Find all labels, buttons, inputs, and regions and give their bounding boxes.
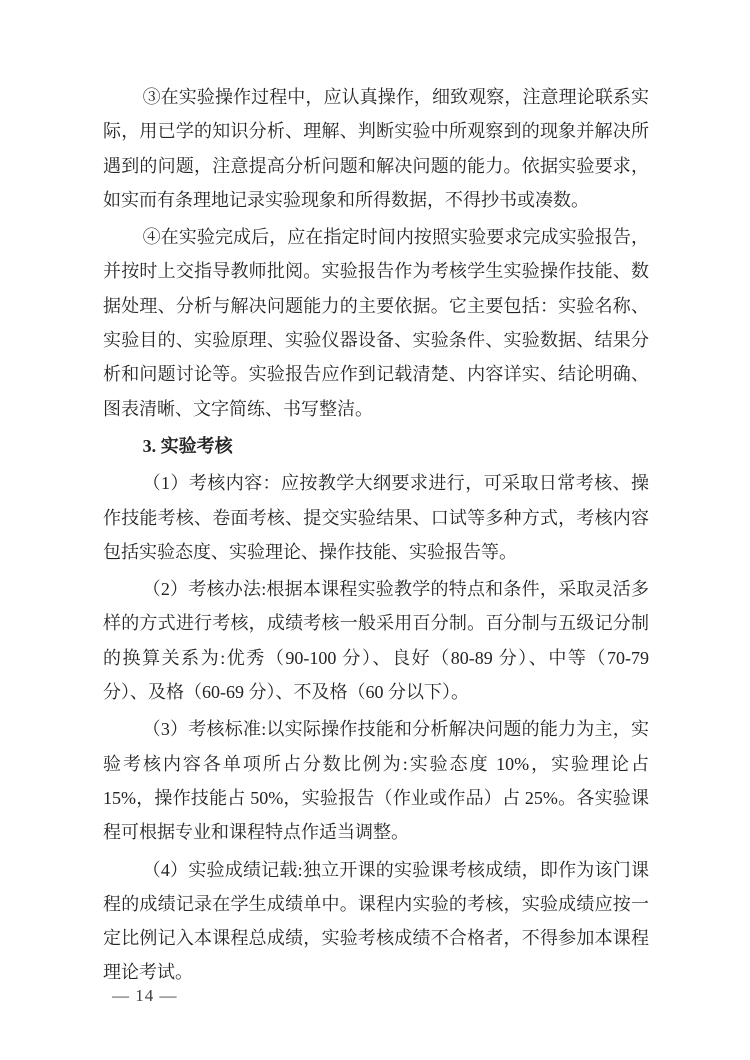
page-number: — 14 — bbox=[112, 986, 178, 1006]
document-body: ③在实验操作过程中，应认真操作，细致观察，注意理论联系实际，用已学的知识分析、理… bbox=[103, 80, 649, 993]
paragraph-grade-recording: （4）实验成绩记载:独立开课的实验课考核成绩，即作为该门课程的成绩记录在学生成绩… bbox=[103, 853, 649, 990]
paragraph-item-4: ④在实验完成后，应在指定时间内按照实验要求完成实验报告，并按时上交指导教师批阅。… bbox=[103, 220, 649, 426]
section-heading-experiment-assessment: 3. 实验考核 bbox=[103, 429, 649, 463]
paragraph-assessment-content: （1）考核内容：应按教学大纲要求进行，可采取日常考核、操作技能考核、卷面考核、提… bbox=[103, 466, 649, 569]
paragraph-assessment-standard: （3）考核标准:以实际操作技能和分析解决问题的能力为主，实验考核内容各单项所占分… bbox=[103, 712, 649, 849]
document-page: ③在实验操作过程中，应认真操作，细致观察，注意理论联系实际，用已学的知识分析、理… bbox=[0, 0, 750, 1060]
paragraph-item-3: ③在实验操作过程中，应认真操作，细致观察，注意理论联系实际，用已学的知识分析、理… bbox=[103, 80, 649, 217]
paragraph-assessment-method: （2）考核办法:根据本课程实验教学的特点和条件，采取灵活多样的方式进行考核，成绩… bbox=[103, 572, 649, 709]
